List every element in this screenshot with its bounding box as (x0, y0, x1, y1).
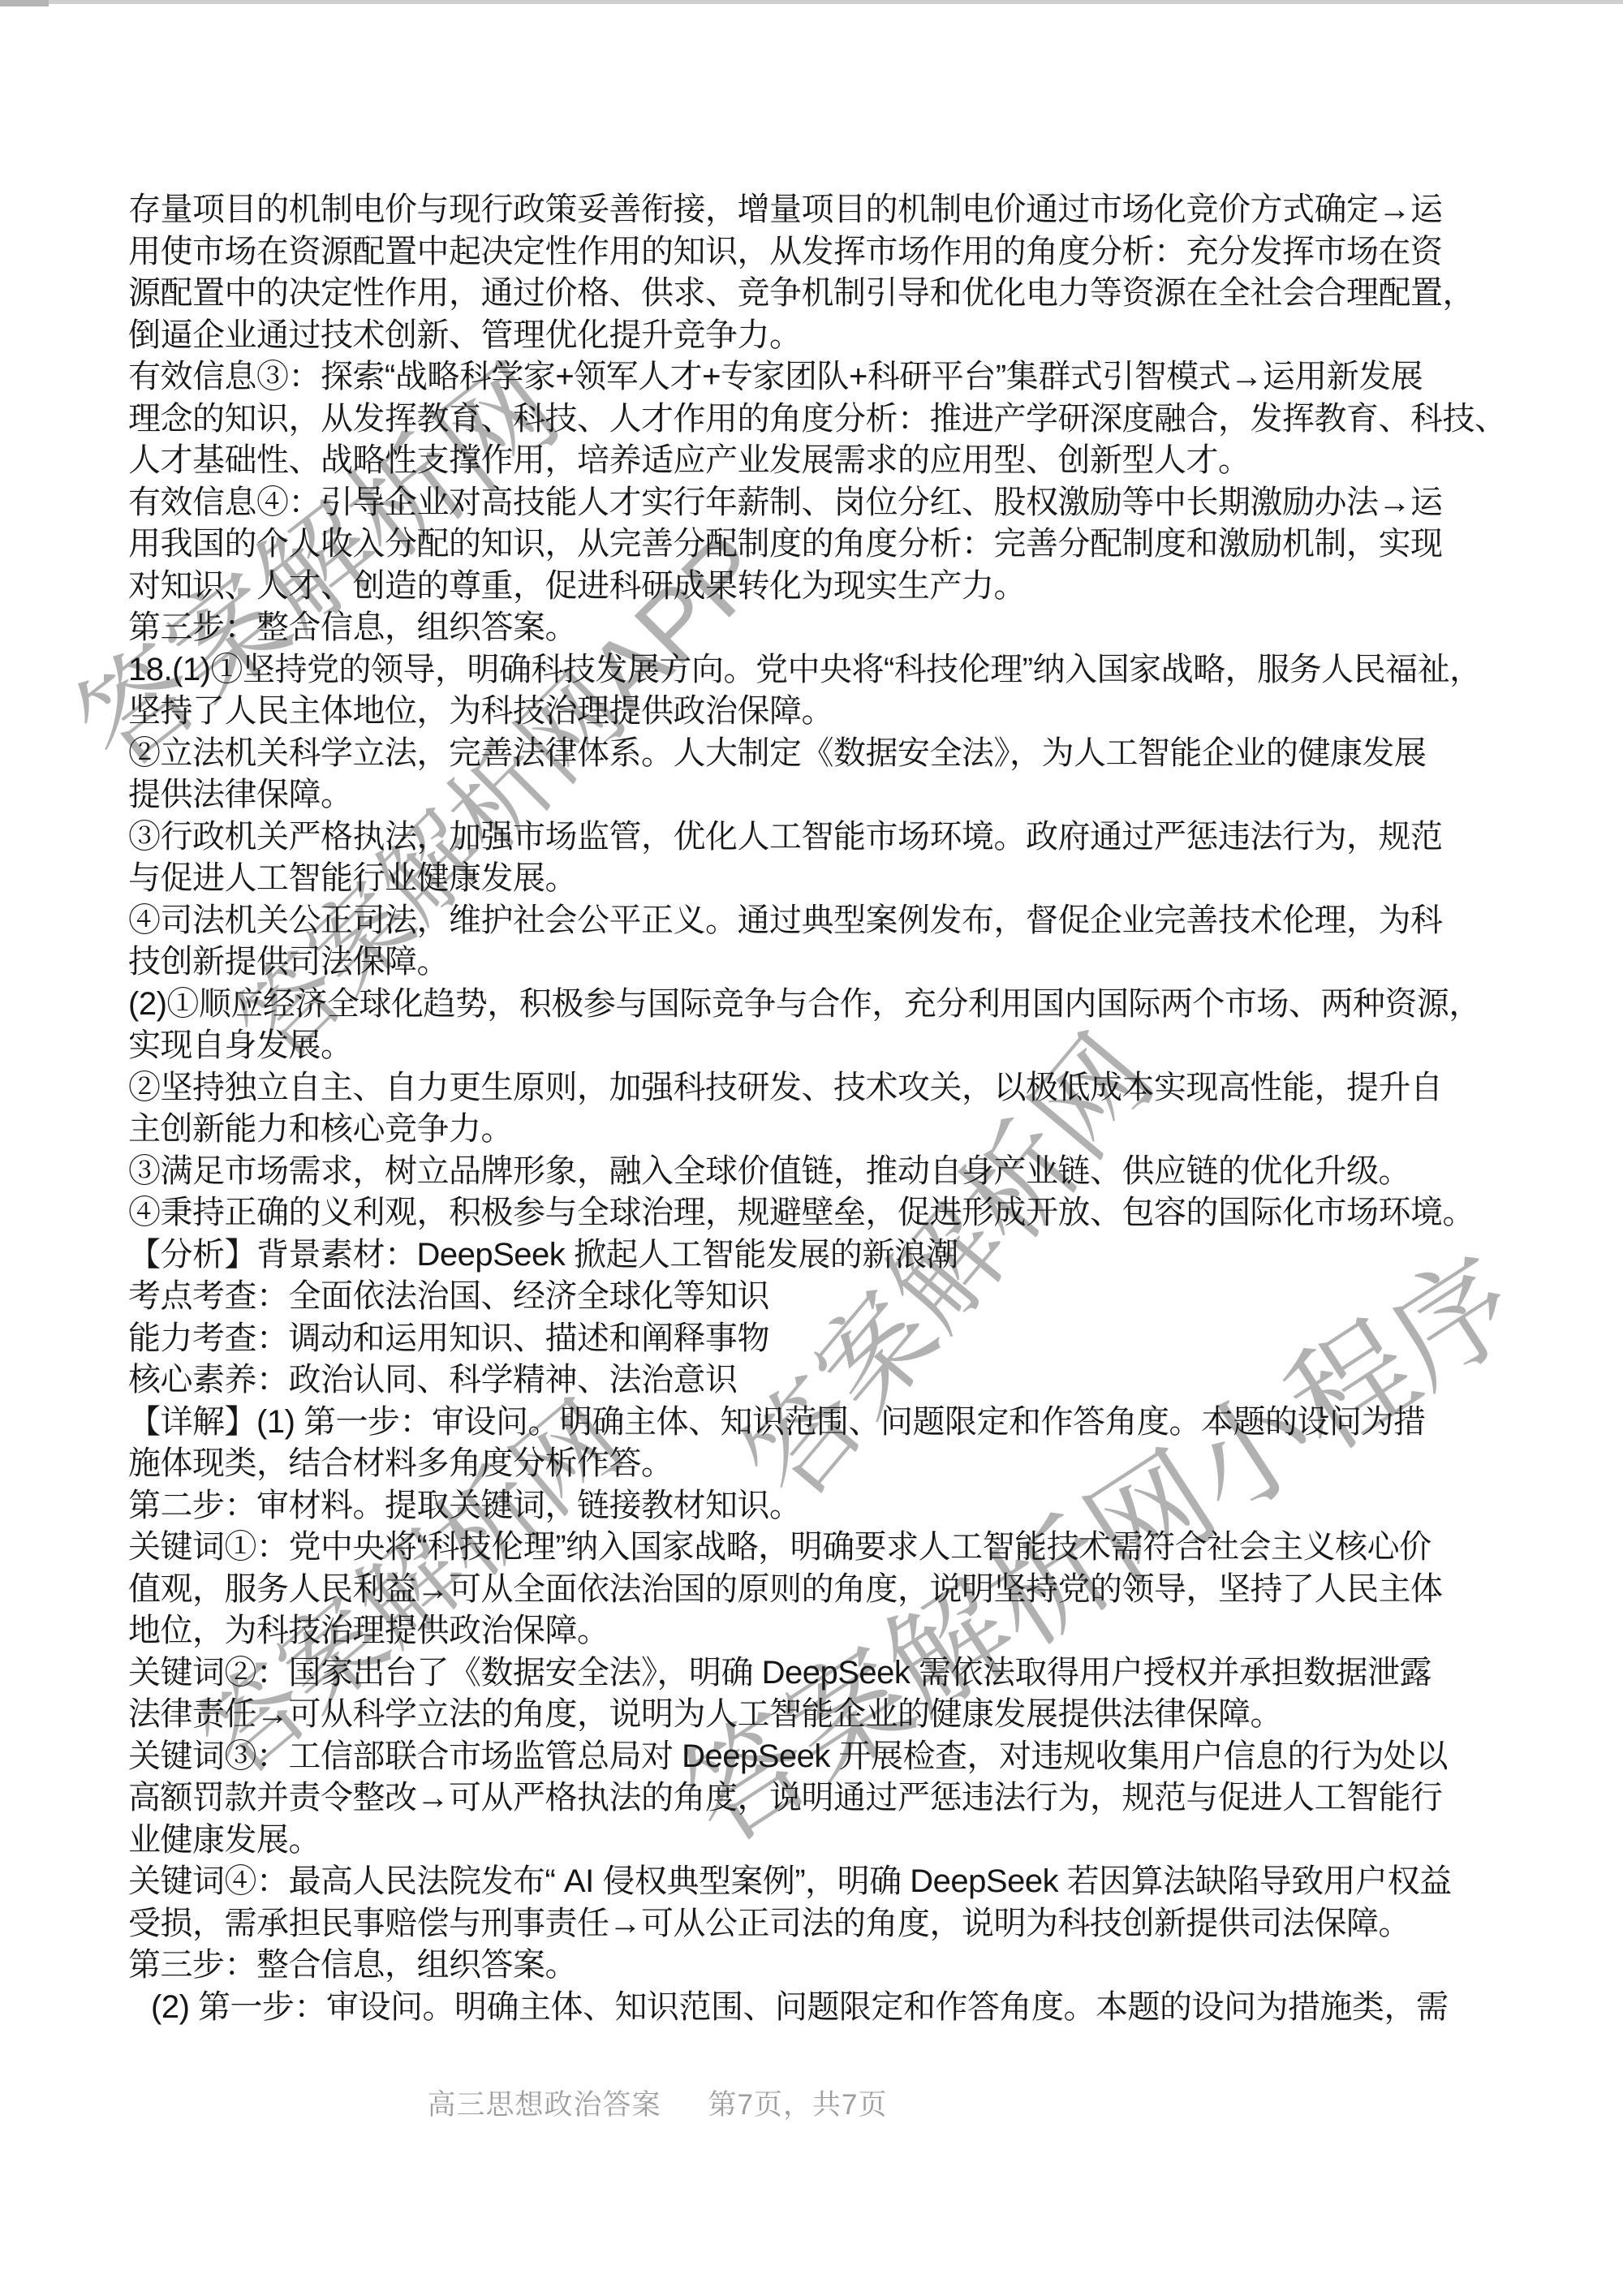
text-line: 地位，为科技治理提供政治保障。 (128, 1610, 1501, 1652)
text-line: 18.(1)①坚持党的领导，明确科技发展方向。党中央将“科技伦理”纳入国家战略，… (128, 649, 1501, 691)
text-line: (2)①顺应经济全球化趋势，积极参与国际竞争与合作，充分利用国内国际两个市场、两… (128, 984, 1501, 1026)
page-footer: 高三思想政治答案 第7页，共7页 (0, 2083, 1469, 2123)
text-line: 有效信息③：探索“战略科学家+领军人才+专家团队+科研平台”集群式引智模式→运用… (128, 356, 1501, 398)
text-line: 对知识、人才、创造的尊重，促进科研成果转化为现实生产力。 (128, 566, 1501, 608)
footer-page-number: 第7页，共7页 (708, 2083, 888, 2123)
text-line: 用使市场在资源配置中起决定性作用的知识，从发挥市场作用的角度分析：充分发挥市场在… (128, 231, 1501, 274)
text-line: 关键词③：工信部联合市场监管总局对 DeepSeek 开展检查，对违规收集用户信… (128, 1736, 1501, 1778)
text-line: ③行政机关严格执法，加强市场监管，优化人工智能市场环境。政府通过严惩违法行为，规… (128, 816, 1501, 859)
text-line: 与促进人工智能行业健康发展。 (128, 858, 1501, 900)
text-line: 能力考查：调动和运用知识、描述和阐释事物 (128, 1318, 1501, 1360)
text-line: ③满足市场需求，树立品牌形象，融入全球价值链，推动自身产业链、供应链的优化升级。 (128, 1151, 1501, 1193)
text-line: 提供法律保障。 (128, 774, 1501, 816)
text-line-detail-header: 【详解】(1) 第一步：审设问。明确主体、知识范围、问题限定和作答角度。本题的设… (128, 1402, 1501, 1444)
text-line: 值观，服务人民利益→可从全面依法治国的原则的角度，说明坚持党的领导，坚持了人民主… (128, 1569, 1501, 1611)
text-line: 考点考查：全面依法治国、经济全球化等知识 (128, 1276, 1501, 1318)
text-line: 第二步：审材料。提取关键词，链接教材知识。 (128, 1485, 1501, 1527)
text-line: 技创新提供司法保障。 (128, 941, 1501, 984)
document-body: 存量项目的机制电价与现行政策妥善衔接，增量项目的机制电价通过市场化竞价方式确定→… (128, 189, 1501, 2028)
text-line: ②立法机关科学立法，完善法律体系。人大制定《数据安全法》，为人工智能企业的健康发… (128, 733, 1501, 775)
text-line: (2) 第一步：审设问。明确主体、知识范围、问题限定和作答角度。本题的设问为措施… (128, 1987, 1501, 2029)
text-line: 存量项目的机制电价与现行政策妥善衔接，增量项目的机制电价通过市场化竞价方式确定→… (128, 189, 1501, 231)
text-line: 关键词②：国家出台了《数据安全法》，明确 DeepSeek 需依法取得用户授权并… (128, 1652, 1501, 1695)
text-line: 业健康发展。 (128, 1820, 1501, 1862)
text-line: 有效信息④：引导企业对高技能人才实行年薪制、岗位分红、股权激励等中长期激励办法→… (128, 482, 1501, 524)
text-line: 倒逼企业通过技术创新、管理优化提升竞争力。 (128, 315, 1501, 357)
text-line: 理念的知识，从发挥教育、科技、人才作用的角度分析：推进产学研深度融合，发挥教育、… (128, 398, 1501, 441)
text-line: 实现自身发展。 (128, 1025, 1501, 1067)
text-line: 坚持了人民主体地位，为科技治理提供政治保障。 (128, 691, 1501, 733)
page-top-edge (0, 0, 1623, 4)
text-line: 第三步：整合信息，组织答案。 (128, 1945, 1501, 1987)
text-line: ④司法机关公正司法，维护社会公平正义。通过典型案例发布，督促企业完善技术伦理，为… (128, 900, 1501, 942)
text-line: 第三步：整合信息，组织答案。 (128, 607, 1501, 649)
text-line: 法律责任→可从科学立法的角度，说明为人工智能企业的健康发展提供法律保障。 (128, 1694, 1501, 1736)
text-line: 高额罚款并责令整改→可从严格执法的角度，说明通过严惩违法行为，规范与促进人工智能… (128, 1777, 1501, 1820)
footer-document-title: 高三思想政治答案 (428, 2083, 661, 2123)
text-line: ④秉持正确的义利观，积极参与全球治理，规避壁垒，促进形成开放、包容的国际化市场环… (128, 1192, 1501, 1234)
text-line: ②坚持独立自主、自力更生原则，加强科技研发、技术攻关，以极低成本实现高性能，提升… (128, 1067, 1501, 1109)
text-line: 用我国的个人收入分配的知识，从完善分配制度的角度分析：完善分配制度和激励机制，实… (128, 523, 1501, 566)
text-line: 源配置中的决定性作用，通过价格、供求、竞争机制引导和优化电力等资源在全社会合理配… (128, 273, 1501, 315)
text-line-analysis-header: 【分析】背景素材：DeepSeek 掀起人工智能发展的新浪潮 (128, 1234, 1501, 1277)
text-line: 关键词①：党中央将“科技伦理”纳入国家战略，明确要求人工智能技术需符合社会主义核… (128, 1527, 1501, 1569)
text-line: 人才基础性、战略性支撑作用，培养适应产业发展需求的应用型、创新型人才。 (128, 440, 1501, 482)
text-line: 主创新能力和核心竞争力。 (128, 1109, 1501, 1151)
page-top-edge-shadow (0, 0, 49, 6)
text-line: 受损，需承担民事赔偿与刑事责任→可从公正司法的角度，说明为科技创新提供司法保障。 (128, 1903, 1501, 1945)
text-line: 关键词④：最高人民法院发布“ AI 侵权典型案例”，明确 DeepSeek 若因… (128, 1861, 1501, 1903)
text-line: 施体现类，结合材料多角度分析作答。 (128, 1443, 1501, 1485)
text-line: 核心素养：政治认同、科学精神、法治意识 (128, 1359, 1501, 1402)
